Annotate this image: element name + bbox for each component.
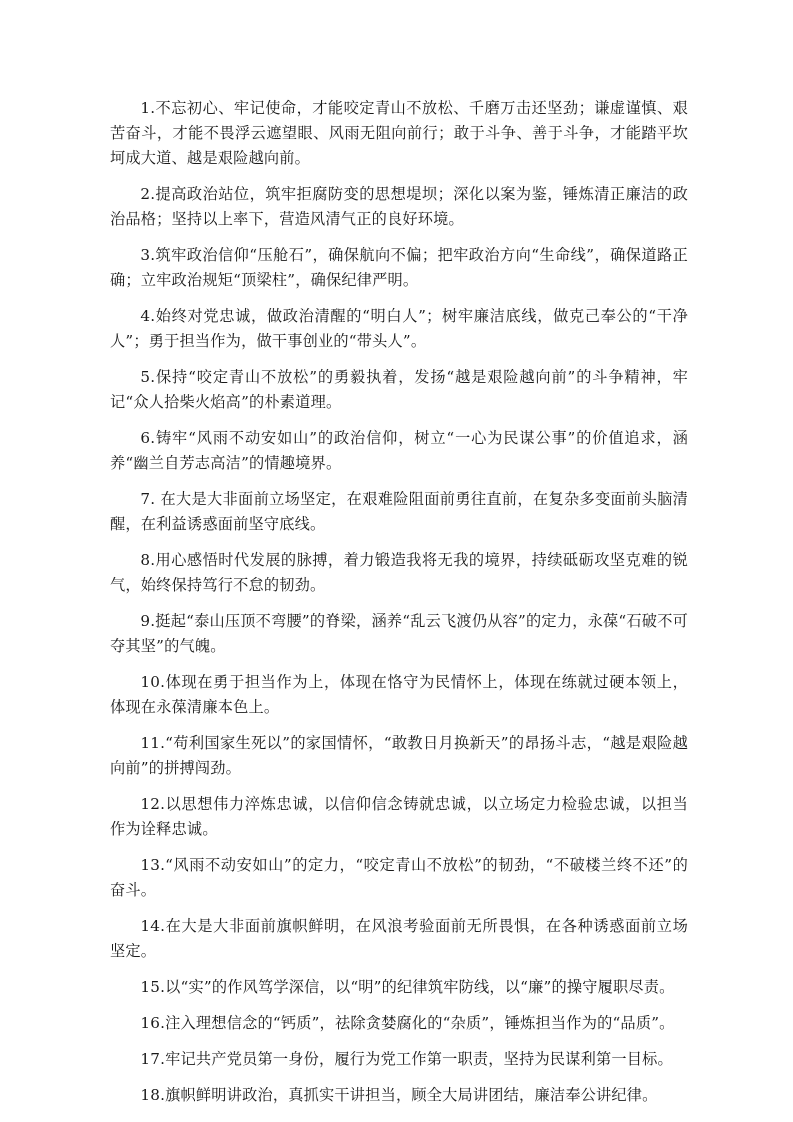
paragraph-14: 14.在大是大非面前旗帜鲜明，在风浪考验面前无所畏惧，在各种诱惑面前立场坚定。 <box>110 914 688 964</box>
paragraph-15: 15.以“实”的作风笃学深信，以“明”的纪律筑牢防线，以“廉”的操守履职尽责。 <box>110 975 688 1000</box>
paragraph-3: 3.筑牢政治信仰“压舱石”，确保航向不偏；把牢政治方向“生命线”，确保道路正确；… <box>110 243 688 293</box>
paragraph-2: 2.提高政治站位，筑牢拒腐防变的思想堤坝；深化以案为鉴，锤炼清正廉洁的政治品格；… <box>110 182 688 232</box>
paragraph-4: 4.始终对党忠诚，做政治清醒的“明白人”；树牢廉洁底线，做克己奉公的“干净人”；… <box>110 304 688 354</box>
paragraph-5: 5.保持“咬定青山不放松”的勇毅执着，发扬“越是艰险越向前”的斗争精神，牢记“众… <box>110 365 688 415</box>
document-page: 1.不忘初心、牢记使命，才能咬定青山不放松、千磨万击还坚劲；谦虚谨慎、艰苦奋斗，… <box>110 96 688 1119</box>
paragraph-16: 16.注入理想信念的“钙质”，祛除贪婪腐化的“杂质”，锤炼担当作为的“品质”。 <box>110 1011 688 1036</box>
paragraph-7: 7. 在大是大非面前立场坚定，在艰难险阻面前勇往直前，在复杂多变面前头脑清醒，在… <box>110 487 688 537</box>
paragraph-10: 10.体现在勇于担当作为上，体现在恪守为民情怀上，体现在练就过硬本领上，体现在永… <box>110 670 688 720</box>
paragraph-12: 12.以思想伟力淬炼忠诚，以信仰信念铸就忠诚，以立场定力检验忠诚，以担当作为诠释… <box>110 792 688 842</box>
paragraph-9: 9.挺起“泰山压顶不弯腰”的脊梁，涵养“乱云飞渡仍从容”的定力，永葆“石破不可夺… <box>110 609 688 659</box>
paragraph-17: 17.牢记共产党员第一身份，履行为党工作第一职责，坚持为民谋利第一目标。 <box>110 1047 688 1072</box>
paragraph-13: 13.“风雨不动安如山”的定力，“咬定青山不放松”的韧劲，“不破楼兰终不还”的奋… <box>110 853 688 903</box>
paragraph-6: 6.铸牢“风雨不动安如山”的政治信仰，树立“一心为民谋公事”的价值追求，涵养“幽… <box>110 426 688 476</box>
paragraph-18: 18.旗帜鲜明讲政治，真抓实干讲担当，顾全大局讲团结，廉洁奉公讲纪律。 <box>110 1083 688 1108</box>
paragraph-11: 11.“苟利国家生死以”的家国情怀，“敢教日月换新天”的昂扬斗志，“越是艰险越向… <box>110 731 688 781</box>
paragraph-8: 8.用心感悟时代发展的脉搏，着力锻造我将无我的境界，持续砥砺攻坚克难的锐气，始终… <box>110 548 688 598</box>
paragraph-1: 1.不忘初心、牢记使命，才能咬定青山不放松、千磨万击还坚劲；谦虚谨慎、艰苦奋斗，… <box>110 96 688 171</box>
